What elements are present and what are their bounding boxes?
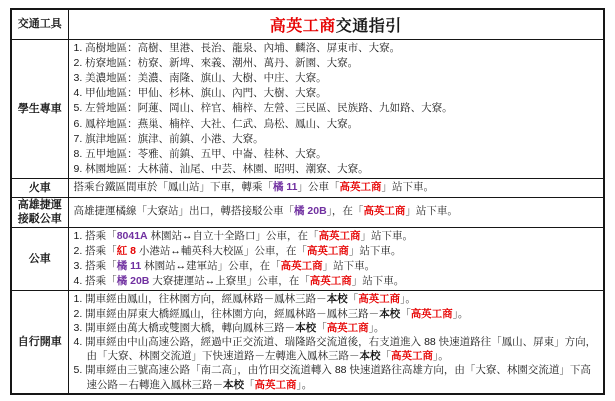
text-line: 8. 五甲地區：苓雅、前鎮、五甲、中崙、桂林、大寮。 (74, 147, 600, 162)
table-row-mrt-shuttle-bus: 高雄捷運接駁公車高雄捷運橘線「大寮站」出口，轉搭接駁公車「橘 20B」，在「高英… (11, 197, 604, 227)
table-row-train: 火車搭乘台鐵區間車於「鳳山站」下車，轉乘「橘 11」公車「高英工商」站下車。 (11, 179, 604, 197)
text-line: 1. 搭乘「8041A 林園站↔自立十全路口」公車，在「高英工商」站下車。 (74, 229, 600, 244)
title-school-name: 高英工商 (270, 18, 336, 35)
page-title: 高英工商交通指引 (68, 9, 604, 39)
title-suffix: 交通指引 (336, 18, 402, 35)
row-content-student-shuttle: 1. 高樹地區：高樹、里港、長治、龍泉、內埔、麟洛、屏東市、大寮。2. 枋寮地區… (68, 39, 604, 179)
row-label-self-driving: 自行開車 (11, 291, 68, 394)
text-line: 7. 旗津地區：旗津、前鎮、小港、大寮。 (74, 132, 600, 147)
row-label-train: 火車 (11, 179, 68, 197)
text-line: 4. 搭乘「橘 20B 大寮捷運站↔上寮里」公車，在「高英工商」站下車。 (74, 274, 600, 289)
header-col-transport-type: 交通工具 (11, 9, 68, 39)
text-line: 2. 開車經由屏東大橋經鳳山，往林園方向，經鳳林路－鳳林三路－本校「高英工商」。 (74, 307, 600, 321)
row-content-self-driving: 1. 開車經由鳳山，往林園方向，經鳳林路－鳳林三路－本校「高英工商」。2. 開車… (68, 291, 604, 394)
row-label-city-bus: 公車 (11, 227, 68, 291)
text-line: 4. 開車經由中山高速公路，經過中正交流道、瑞隆路交流道後，右支道進入 88 快… (74, 335, 600, 363)
document-page: 交通工具 高英工商交通指引 學生專車1. 高樹地區：高樹、里港、長治、龍泉、內埔… (0, 0, 615, 401)
table-row-self-driving: 自行開車1. 開車經由鳳山，往林園方向，經鳳林路－鳳林三路－本校「高英工商」。2… (11, 291, 604, 394)
row-content-train: 搭乘台鐵區間車於「鳳山站」下車，轉乘「橘 11」公車「高英工商」站下車。 (68, 179, 604, 197)
text-line: 4. 甲仙地區：甲仙、杉林、旗山、內門、大樹、大寮。 (74, 86, 600, 101)
row-content-mrt-shuttle-bus: 高雄捷運橘線「大寮站」出口，轉搭接駁公車「橘 20B」，在「高英工商」站下車。 (68, 197, 604, 227)
text-line: 2. 枋寮地區：枋寮、新埤、來義、潮州、萬丹、新園、大寮。 (74, 56, 600, 71)
row-content-city-bus: 1. 搭乘「8041A 林園站↔自立十全路口」公車，在「高英工商」站下車。2. … (68, 227, 604, 291)
text-line: 9. 林園地區：大林蒲、汕尾、中芸、林園、昭明、潮寮、大寮。 (74, 162, 600, 177)
table-body: 學生專車1. 高樹地區：高樹、里港、長治、龍泉、內埔、麟洛、屏東市、大寮。2. … (11, 39, 604, 394)
row-label-student-shuttle: 學生專車 (11, 39, 68, 179)
row-label-mrt-shuttle-bus: 高雄捷運接駁公車 (11, 197, 68, 227)
text-line: 3. 搭乘「橘 11 林園站↔建軍站」公車，在「高英工商」站下車。 (74, 259, 600, 274)
table-header-row: 交通工具 高英工商交通指引 (11, 9, 604, 39)
text-line: 6. 鳳梓地區：燕巢、楠梓、大社、仁武、鳥松、鳳山、大寮。 (74, 117, 600, 132)
transport-table: 交通工具 高英工商交通指引 學生專車1. 高樹地區：高樹、里港、長治、龍泉、內埔… (10, 8, 605, 395)
text-line: 高雄捷運橘線「大寮站」出口，轉搭接駁公車「橘 20B」，在「高英工商」站下車。 (74, 204, 600, 219)
text-line: 搭乘台鐵區間車於「鳳山站」下車，轉乘「橘 11」公車「高英工商」站下車。 (74, 180, 600, 195)
text-line: 1. 高樹地區：高樹、里港、長治、龍泉、內埔、麟洛、屏東市、大寮。 (74, 41, 600, 56)
table-row-city-bus: 公車1. 搭乘「8041A 林園站↔自立十全路口」公車，在「高英工商」站下車。2… (11, 227, 604, 291)
text-line: 3. 美濃地區：美濃、南隆、旗山、大樹、中庄、大寮。 (74, 71, 600, 86)
text-line: 2. 搭乘「紅 8 小港站↔輔英科大校區」公車，在「高英工商」站下車。 (74, 244, 600, 259)
table-row-student-shuttle: 學生專車1. 高樹地區：高樹、里港、長治、龍泉、內埔、麟洛、屏東市、大寮。2. … (11, 39, 604, 179)
text-line: 3. 開車經由萬大橋或雙園大橋，轉向鳳林三路－本校「高英工商」。 (74, 321, 600, 335)
text-line: 1. 開車經由鳳山，往林園方向，經鳳林路－鳳林三路－本校「高英工商」。 (74, 292, 600, 306)
text-line: 5. 開車經由三號高速公路「南二高」，由竹田交流道轉入 88 快速道路往高雄方向… (74, 363, 600, 391)
text-line: 5. 左營地區：阿蓮、岡山、梓官、楠梓、左營、三民區、民族路、九如路、大寮。 (74, 101, 600, 116)
